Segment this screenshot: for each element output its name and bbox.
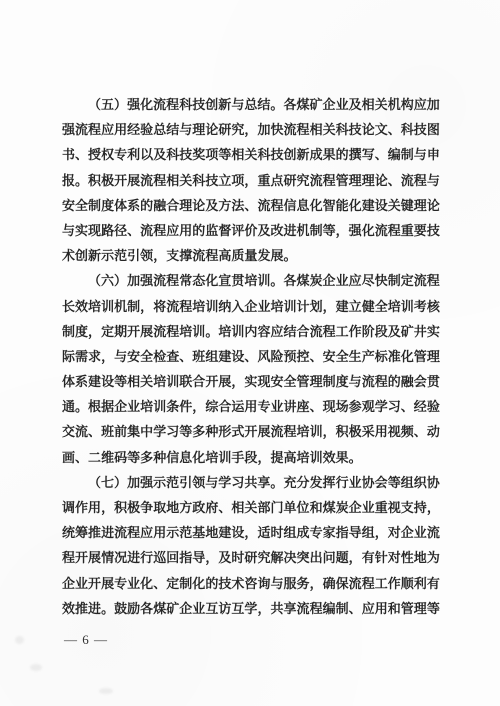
- page-number: — 6 —: [64, 632, 108, 648]
- text-line: 术创新示范引领，支撑流程高质量发展。: [62, 243, 442, 268]
- text-line: 强流程应用经验总结与理论研究，加快流程相关科技论文、科技图: [62, 117, 442, 142]
- scan-smudge: [30, 664, 42, 671]
- scan-smudge: [99, 688, 113, 694]
- text-line: 制度，定期开展流程培训。培训内容应结合流程工作阶段及矿井实: [62, 319, 442, 344]
- document-body: （五）强化流程科技创新与总结。各煤矿企业及相关机构应加强流程应用经验总结与理论研…: [62, 92, 442, 621]
- text-line: 调作用，积极争取地方政府、相关部门单位和煤炭企业重视支持，: [62, 495, 442, 520]
- text-line: （六）加强流程常态化宣贯培训。各煤炭企业应尽快制定流程: [62, 268, 442, 293]
- paragraph: （七）加强示范引领与学习共享。充分发挥行业协会等组织协调作用，积极争取地方政府、…: [62, 470, 442, 621]
- paragraph: （六）加强流程常态化宣贯培训。各煤炭企业应尽快制定流程长效培训机制，将流程培训纳…: [62, 268, 442, 470]
- text-line: 统筹推进流程应用示范基地建设，适时组成专家指导组，对企业流: [62, 520, 442, 545]
- text-line: 报。积极开展流程相关科技立项，重点研究流程管理理论、流程与: [62, 168, 442, 193]
- text-line: 画、二维码等多种信息化培训手段，提高培训效果。: [62, 445, 442, 470]
- text-line: 书、授权专利以及科技奖项等相关科技创新成果的撰写、编制与申: [62, 142, 442, 167]
- text-line: 长效培训机制，将流程培训纳入企业培训计划，建立健全培训考核: [62, 294, 442, 319]
- text-line: 与实现路径、流程应用的监督评价及改进机制等，强化流程重要技: [62, 218, 442, 243]
- text-line: 际需求，与安全检查、班组建设、风险预控、安全生产标准化管理: [62, 344, 442, 369]
- text-line: 体系建设等相关培训联合开展，实现安全管理制度与流程的融会贯: [62, 369, 442, 394]
- text-line: 效推进。鼓励各煤矿企业互访互学，共享流程编制、应用和管理等: [62, 596, 442, 621]
- text-line: （五）强化流程科技创新与总结。各煤矿企业及相关机构应加: [62, 92, 442, 117]
- text-line: 交流、班前集中学习等多种形式开展流程培训，积极采用视频、动: [62, 419, 442, 444]
- text-line: 通。根据企业培训条件，综合运用专业讲座、现场参观学习、经验: [62, 394, 442, 419]
- scan-smudge: [15, 636, 24, 644]
- document-page: （五）强化流程科技创新与总结。各煤矿企业及相关机构应加强流程应用经验总结与理论研…: [0, 0, 500, 706]
- paragraph: （五）强化流程科技创新与总结。各煤矿企业及相关机构应加强流程应用经验总结与理论研…: [62, 92, 442, 268]
- text-line: 安全制度体系的融合理论及方法、流程信息化智能化建设关键理论: [62, 193, 442, 218]
- text-line: （七）加强示范引领与学习共享。充分发挥行业协会等组织协: [62, 470, 442, 495]
- text-line: 程开展情况进行巡回指导，及时研究解决突出问题，有针对性地为: [62, 545, 442, 570]
- text-line: 企业开展专业化、定制化的技术咨询与服务，确保流程工作顺利有: [62, 571, 442, 596]
